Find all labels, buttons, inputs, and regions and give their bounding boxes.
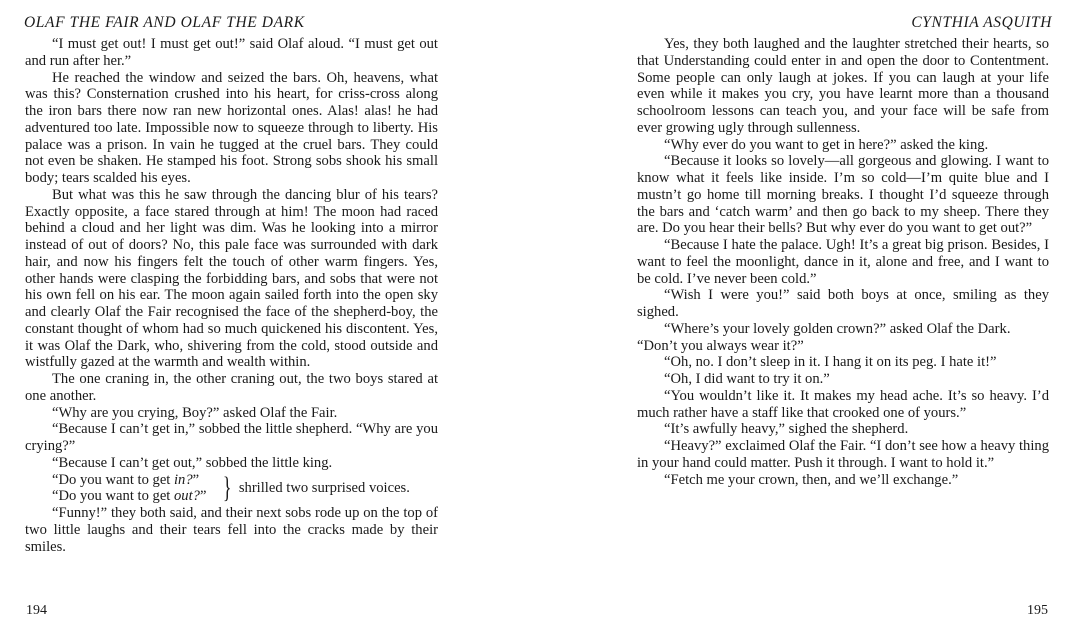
paragraph: “Oh, no. I don’t sleep in it. I hang it … xyxy=(637,354,1049,371)
paragraph: The one craning in, the other craning ou… xyxy=(25,371,438,405)
page-number: 195 xyxy=(1027,603,1048,619)
voice-line-in: “Do you want to get in?” xyxy=(52,472,206,489)
right-page: CYNTHIA ASQUITH Yes, they both laughed a… xyxy=(537,0,1074,632)
surprised-voices-block: “Do you want to get in?” “Do you want to… xyxy=(25,472,438,506)
right-page-body: Yes, they both laughed and the laughter … xyxy=(637,36,1049,488)
left-page: OLAF THE FAIR AND OLAF THE DARK “I must … xyxy=(0,0,537,632)
voice-line-quote: ” xyxy=(193,472,199,488)
paragraph: “I must get out! I must get out!” said O… xyxy=(25,36,438,70)
paragraph: “Oh, I did want to try it on.” xyxy=(637,371,1049,388)
paragraph: But what was this he saw through the dan… xyxy=(25,187,438,371)
paragraph: “Don’t you always wear it?” xyxy=(637,338,1049,355)
paragraph: “Because it looks so lovely—all gorgeous… xyxy=(637,153,1049,237)
voice-line-emphasis: out? xyxy=(174,488,200,504)
paragraph: “Why ever do you want to get in here?” a… xyxy=(637,137,1049,154)
paragraph: He reached the window and seized the bar… xyxy=(25,70,438,187)
left-page-body: “I must get out! I must get out!” said O… xyxy=(25,36,438,555)
paragraph: “Why are you crying, Boy?” asked Olaf th… xyxy=(25,405,438,422)
paragraph: “It’s awfully heavy,” sighed the shepher… xyxy=(637,421,1049,438)
page-number: 194 xyxy=(26,603,47,619)
paragraph: “Because I hate the palace. Ugh! It’s a … xyxy=(637,237,1049,287)
paragraph: “Where’s your lovely golden crown?” aske… xyxy=(637,321,1049,338)
paragraph: “You wouldn’t like it. It makes my head … xyxy=(637,388,1049,422)
running-head-author: CYNTHIA ASQUITH xyxy=(911,14,1052,32)
voice-line-quote: ” xyxy=(200,488,206,504)
voice-line-text: “Do you want to get xyxy=(52,472,174,488)
paragraph: “Funny!” they both said, and their next … xyxy=(25,505,438,555)
paragraph: “Fetch me your crown, then, and we’ll ex… xyxy=(637,472,1049,489)
voice-line-emphasis: in? xyxy=(174,472,193,488)
voices-attribution: shrilled two surprised voices. xyxy=(239,480,410,497)
paragraph: Yes, they both laughed and the laughter … xyxy=(637,36,1049,137)
voice-line-out: “Do you want to get out?” xyxy=(52,488,206,505)
running-head-title: OLAF THE FAIR AND OLAF THE DARK xyxy=(24,14,305,32)
paragraph: “Wish I were you!” said both boys at onc… xyxy=(637,287,1049,321)
paragraph: “Heavy?” exclaimed Olaf the Fair. “I don… xyxy=(637,438,1049,472)
curly-brace-icon: } xyxy=(223,473,232,503)
paragraph: “Because I can’t get in,” sobbed the lit… xyxy=(25,421,438,455)
voices-lines: “Do you want to get in?” “Do you want to… xyxy=(25,472,206,506)
voice-line-text: “Do you want to get xyxy=(52,488,174,504)
paragraph: “Because I can’t get out,” sobbed the li… xyxy=(25,455,438,472)
